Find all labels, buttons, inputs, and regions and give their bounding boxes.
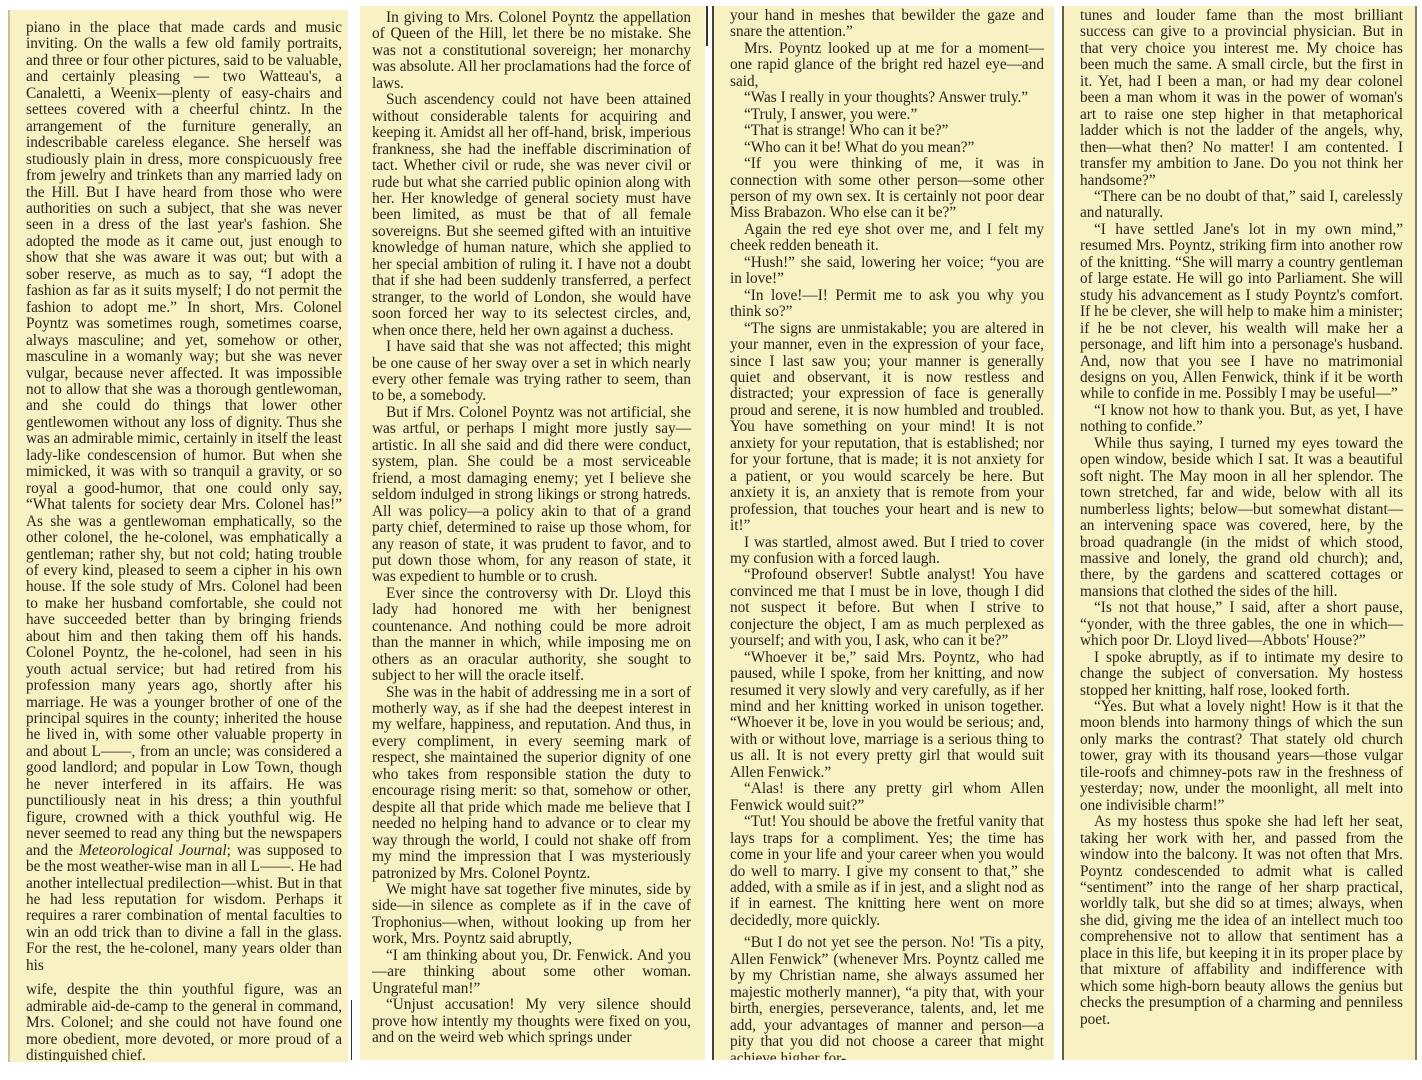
column-2-paragraph: Such ascendency could not have been atta… [372,92,691,339]
column-4-paragraph: “Is not that house,” I said, after a sho… [1080,600,1403,649]
column-3-paragraph: “Tut! You should be above the fretful va… [730,814,1044,929]
column-divider [351,1000,352,1060]
column-2-paragraph: Ever since the controversy with Dr. Lloy… [372,586,691,685]
column-3-paragraph: “But I do not yet see the person. No! 'T… [730,935,1044,1060]
column-1: piano in the place that made cards and m… [8,10,348,1062]
paragraph-text: piano in the place that made cards and m… [26,19,342,859]
column-4: tunes and louder fame than the most bril… [1062,6,1417,1060]
column-2-paragraph: She was in the habit of addressing me in… [372,685,691,882]
column-3-paragraph: “Who can it be! What do you mean?” [730,140,1044,156]
column-3-paragraph: “Alas! is there any pretty girl whom All… [730,781,1044,814]
column-3-paragraph: I was startled, almost awed. But I tried… [730,535,1044,568]
column-4-paragraph: “There can be no doubt of that,” said I,… [1080,189,1403,222]
column-3-paragraph: “Was I really in your thoughts? Answer t… [730,90,1044,106]
column-2-paragraph: We might have sat together five minutes,… [372,882,691,948]
italic-title: Meteorological Journal [79,842,227,859]
column-3-paragraph: your hand in meshes that bewilder the ga… [730,8,1044,41]
column-4-paragraph: tunes and louder fame than the most bril… [1080,8,1403,189]
paragraph-text: ; was supposed to be the most weather-wi… [26,842,342,974]
column-4-paragraph: “Yes. But what a lovely night! How is it… [1080,699,1403,814]
column-3-paragraph: “The signs are unmistakable; you are alt… [730,321,1044,535]
column-4-paragraph: While thus saying, I turned my eyes towa… [1080,436,1403,601]
column-3-paragraph: “In love!—I! Permit me to ask you why yo… [730,288,1044,321]
column-4-paragraph: As my hostess thus spoke she had left he… [1080,814,1403,1028]
column-3-paragraph: “Hush!” she said, lowering her voice; “y… [730,255,1044,288]
column-1-paragraph: wife, despite the thin youthful figure, … [26,982,342,1062]
column-4-paragraph: “I know not how to thank you. But, as ye… [1080,403,1403,436]
column-1-paragraph: piano in the place that made cards and m… [26,20,342,974]
column-3-paragraph: Mrs. Poyntz looked up at me for a moment… [730,41,1044,90]
column-3: your hand in meshes that bewilder the ga… [712,6,1054,1060]
column-3-paragraph: “That is strange! Who can it be?” [730,123,1044,139]
column-2-paragraph: “Unjust accusation! My very silence shou… [372,997,691,1046]
column-3-paragraph: “If you were thinking of me, it was in c… [730,156,1044,222]
column-3-paragraph: “Whoever it be,” said Mrs. Poyntz, who h… [730,650,1044,782]
column-4-paragraph: “I have settled Jane's lot in my own min… [1080,222,1403,403]
column-divider [706,6,708,46]
column-3-paragraph: Again the red eye shot over me, and I fe… [730,222,1044,255]
column-3-paragraph: “Profound observer! Subtle analyst! You … [730,567,1044,649]
column-2-paragraph: In giving to Mrs. Colonel Poyntz the app… [372,10,691,92]
column-2-paragraph: I have said that she was not affected; t… [372,339,691,405]
column-4-paragraph: I spoke abruptly, as if to intimate my d… [1080,650,1403,699]
column-2-paragraph: “I am thinking about you, Dr. Fenwick. A… [372,948,691,997]
column-3-paragraph: “Truly, I answer, you were.” [730,107,1044,123]
column-2: In giving to Mrs. Colonel Poyntz the app… [360,6,705,1060]
column-2-paragraph: But if Mrs. Colonel Poyntz was not artif… [372,405,691,586]
